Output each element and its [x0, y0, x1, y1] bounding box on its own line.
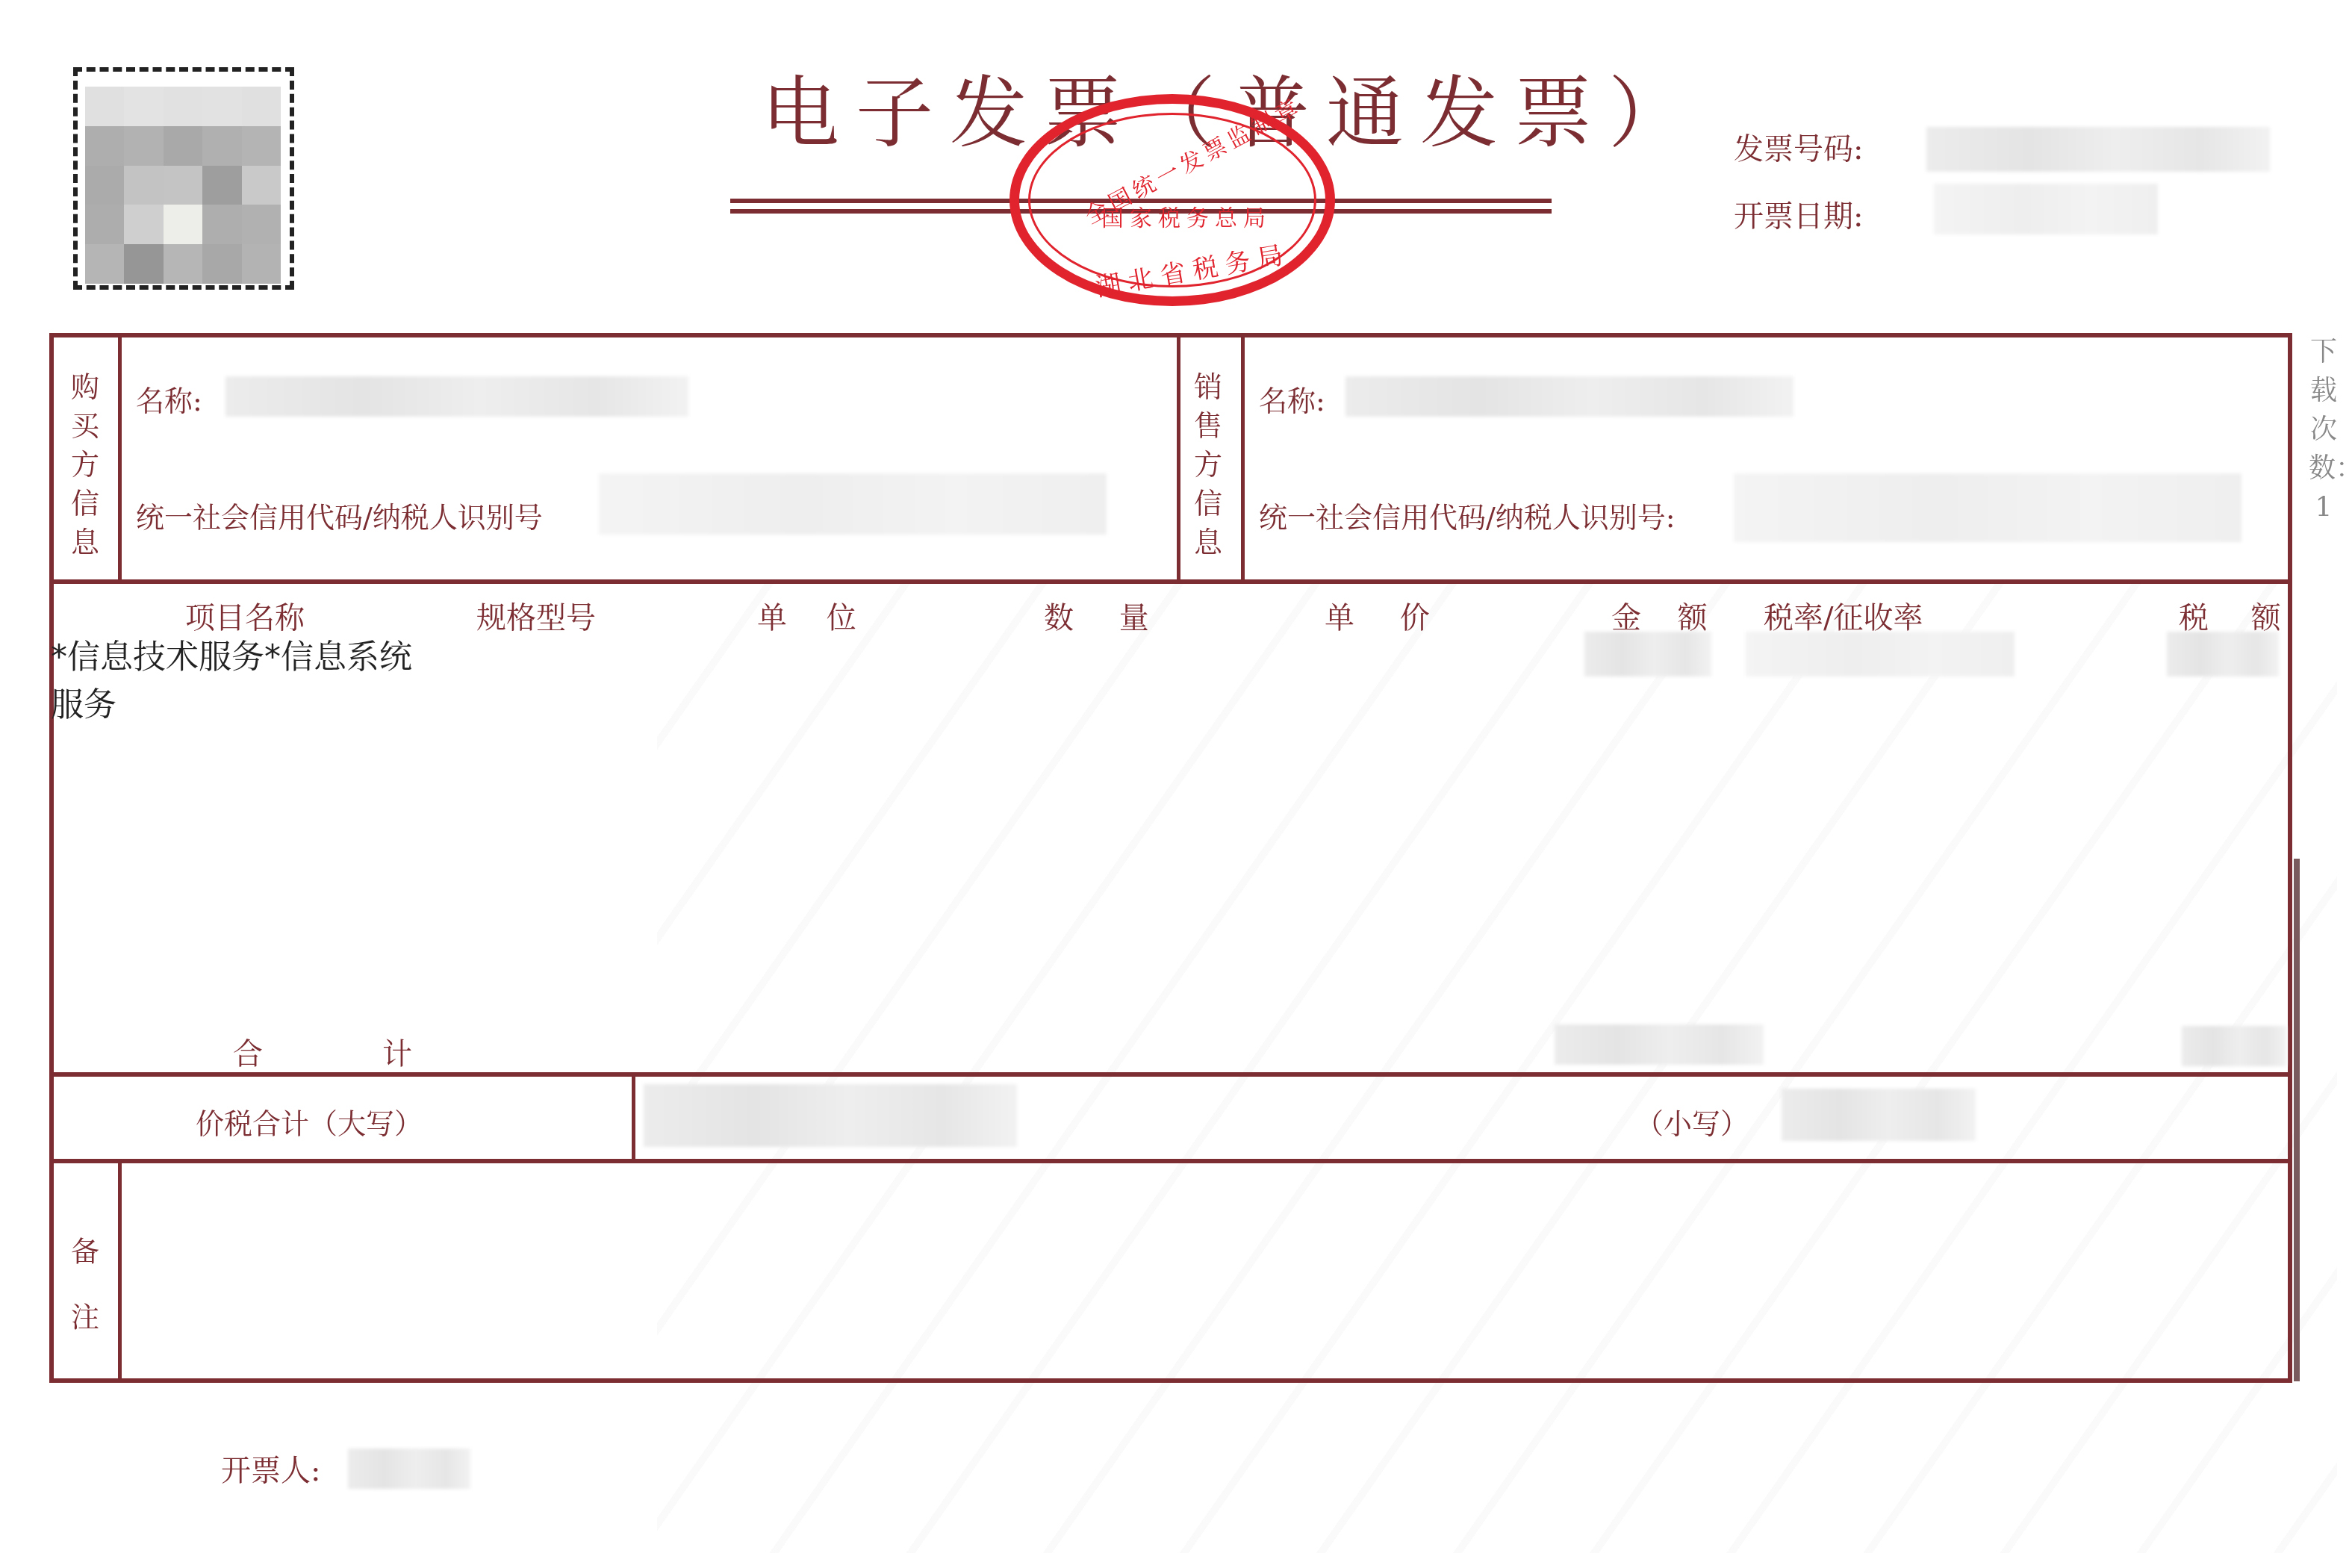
qr-code-blur: [85, 87, 281, 284]
total-label: 合 计: [233, 1030, 412, 1073]
remarks-value: [128, 1166, 2280, 1371]
col-tax-rate: 税率/征收率: [1764, 594, 1923, 637]
buyer-label-divider: [118, 337, 122, 579]
party-divider: [1177, 337, 1180, 579]
total-tax-value: [2182, 1026, 2286, 1066]
seller-name-value: [1345, 376, 1793, 417]
grand-total-lower-value: [1782, 1089, 1976, 1141]
item-tax-value: [2167, 632, 2279, 676]
total-amount-value: [1555, 1024, 1764, 1065]
invoice-table: 购买方信息 名称: 统一社会信用代码/纳税人识别号 销售方信息 名称: 统一社会…: [49, 333, 2292, 1383]
seal-middle-text: 国家税务总局: [1101, 199, 1272, 232]
buyer-name-label: 名称:: [136, 378, 202, 419]
col-tax: 税 额: [2179, 594, 2297, 637]
download-count-note: 下载次数：1: [2309, 333, 2339, 527]
grand-total-divider: [632, 1072, 635, 1160]
item-tax-rate-value: [1746, 632, 2015, 676]
col-spec: 规格型号: [476, 594, 596, 637]
seller-tax-id-value: [1734, 473, 2241, 542]
item-amount-value: [1584, 632, 1711, 676]
seller-label-divider: [1241, 337, 1245, 579]
qr-code: [73, 67, 294, 290]
col-unit-price: 单 价: [1325, 594, 1448, 637]
issue-date-label: 开票日期:: [1734, 193, 1863, 235]
col-unit: 单 位: [757, 594, 871, 637]
seller-name-label: 名称:: [1259, 378, 1325, 419]
invoice-number-label: 发票号码:: [1734, 125, 1863, 168]
remarks-label: 备注: [70, 1219, 100, 1350]
col-quantity: 数 量: [1044, 594, 1167, 637]
grand-total-upper-label: 价税合计（大写）: [196, 1101, 423, 1142]
remarks-label-divider: [118, 1159, 122, 1383]
buyer-tax-id-label: 统一社会信用代码/纳税人识别号: [136, 494, 543, 535]
issue-date-value: [1934, 184, 2158, 234]
divider-party-items: [54, 579, 2288, 584]
seller-tax-id-label: 统一社会信用代码/纳税人识别号:: [1259, 494, 1676, 535]
buyer-section-label: 购买方信息: [70, 367, 100, 561]
col-amount: 金 额: [1611, 594, 1721, 637]
buyer-name-value: [225, 376, 688, 417]
issuer-label: 开票人:: [221, 1447, 320, 1490]
buyer-tax-id-value: [599, 473, 1107, 535]
official-seal: 全国统一发票监制章 国家税务总局 湖北省税务局: [1009, 94, 1335, 306]
issuer-value: [348, 1449, 470, 1489]
grand-total-upper-value: [644, 1084, 1017, 1147]
invoice-number-value: [1926, 127, 2270, 172]
item-name-line1: *信息技术服务*信息系统: [51, 630, 412, 678]
divider-total-remarks: [54, 1159, 2288, 1163]
item-name-line2: 服务: [51, 678, 116, 726]
seller-section-label: 销售方信息: [1193, 367, 1223, 561]
scroll-edge-bar: [2294, 859, 2300, 1381]
grand-total-lower-label: （小写）: [1635, 1101, 1749, 1142]
